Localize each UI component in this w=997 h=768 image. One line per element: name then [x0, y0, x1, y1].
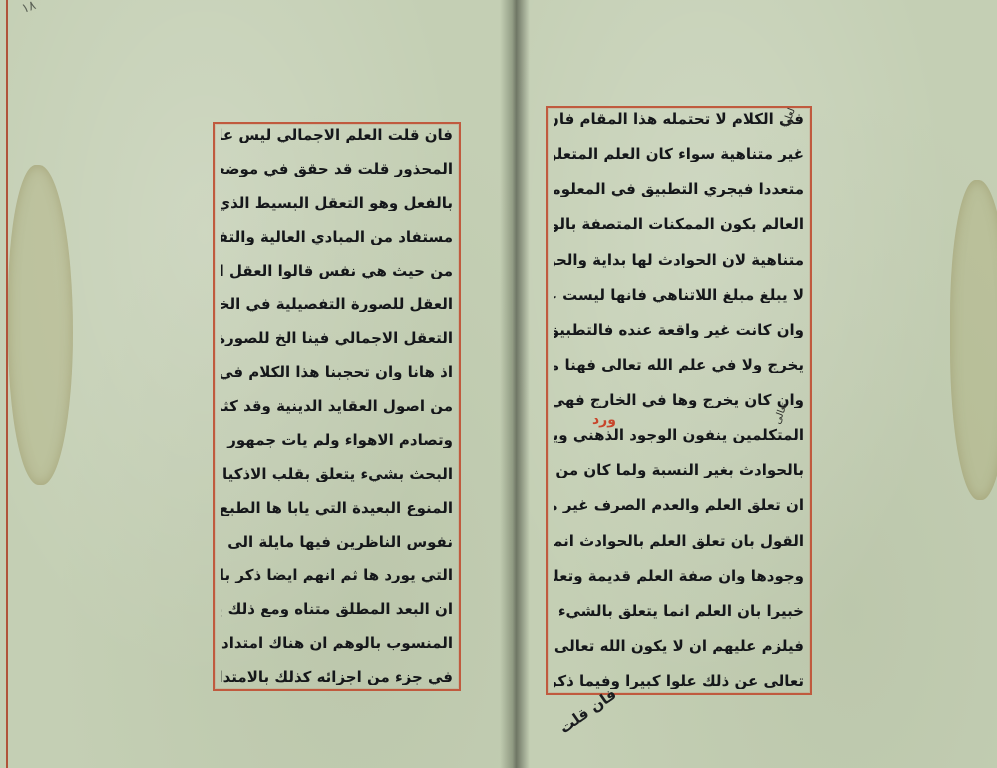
left-text-frame: فان قلت العلم الاجمالي ليس علما بالفعل ب…	[213, 122, 461, 691]
text-line: يخرج ولا في علم الله تعالى فهنا متحدة غي…	[554, 358, 804, 373]
text-line: التعقل الاجمالي فينا الخ للصورة التفصيلي…	[221, 331, 453, 346]
text-line: في الكلام لا تحتمله هذا المقام فان قلت م…	[554, 112, 804, 127]
text-line: بالفعل وهو التعقل البسيط الذي يجعله الخل…	[221, 196, 453, 211]
text-line: القول بان تعلق العلم بالحوادث انما يتحقق…	[554, 534, 804, 549]
rubric-mark: ورد	[592, 412, 616, 428]
text-line: وان كان يخرج وها في الخارج فهي متناهية و…	[554, 393, 804, 408]
text-line: العالم بكون الممكنات المتصفة بالوجود الخ…	[554, 217, 804, 232]
text-line: وان كانت غير واقعة عنده فالتطبيق ان لم	[554, 323, 804, 338]
text-line: تعالى عن ذلك علوا كبيرا وفيما ذكرناه مخل…	[554, 674, 804, 689]
text-line: متعددا فيجري التطبيق في المعلومات قلت عل…	[554, 182, 804, 197]
manuscript-spread: ١٨ فان قلت العلم الاجمالي ليس علما بالفع…	[0, 0, 997, 768]
text-line: غير متناهية سواء كان العلم المتعلق بها و…	[554, 147, 804, 162]
text-line: خبيرا بان العلم انما يتعلق بالشيء الصرف …	[554, 604, 804, 619]
text-line: ان تعلق العلم والعدم الصرف غير ممكن والت…	[554, 498, 804, 513]
book-gutter	[500, 0, 530, 768]
right-text-frame: في الكلام لا تحتمله هذا المقام فان قلت م…	[546, 106, 812, 695]
text-line: العقل للصورة التفصيلية في الخارج ولكن ال…	[221, 297, 453, 312]
water-stain-right	[950, 180, 997, 500]
text-line: لا يبلغ مبلغ اللاتناهي فانها ليست غير مت…	[554, 288, 804, 303]
left-text-lines: فان قلت العلم الاجمالي ليس علما بالفعل ب…	[221, 128, 453, 685]
text-line: وتصادم الاهواء ولم يات جمهور المتكلمين ف…	[221, 433, 453, 448]
text-line: المنوع البعيدة التي يابا ها الطبع المستق…	[221, 501, 453, 516]
text-line: من حيث هي نفس قالوا العقل الاجمالي للمبا…	[221, 264, 453, 279]
text-line: فيلزم عليهم ان لا يكون الله تعالى عالما …	[554, 639, 804, 654]
text-line: المحذور قلت قد حقق في موضعه ان العلم الا…	[221, 162, 453, 177]
text-line: المنسوب بالوهم ان هناك امتداد غير متناه …	[221, 636, 453, 651]
text-line: المتكلمين ينفون الوجود الذهني ويثبتون عل…	[554, 428, 804, 443]
right-text-lines: في الكلام لا تحتمله هذا المقام فان قلت م…	[554, 112, 804, 689]
left-edge-ruling	[6, 0, 8, 768]
text-line: في جزء من اجزائه كذلك بالامتداد الزماني …	[221, 670, 453, 685]
text-line: التي يورد ها ثم انهم ايضا ذكر بلا مرية ث…	[221, 568, 453, 583]
text-line: من اصول العقايد الدينية وقد كثر فيه تعار…	[221, 399, 453, 414]
text-line: ان البعد المطلق متناه ومع ذلك يقع ارتقاء…	[221, 602, 453, 617]
text-line: بالحوادث بغير النسبة ولما كان من اصل الب…	[554, 463, 804, 478]
text-line: متناهية لان الحوادث لها بداية والحوادث ا…	[554, 253, 804, 268]
text-line: وجودها وان صفة العلم قديمة وتعلق حادث ور…	[554, 569, 804, 584]
text-line: نفوس الناظرين فيها مايلة الى مذهب الحكما…	[221, 535, 453, 550]
text-line: فان قلت العلم الاجمالي ليس علما بالفعل ب…	[221, 128, 453, 143]
text-line: البحث بشيء يتعلق بقلب الاذكياء بل جهدوا …	[221, 467, 453, 482]
folio-number: ١٨	[20, 0, 38, 17]
text-line: اذ هانا وان تحجبنا هذا الكلام في هذا الم…	[221, 365, 453, 380]
text-line: مستفاد من المبادي العالية والتفصيل انما …	[221, 230, 453, 245]
